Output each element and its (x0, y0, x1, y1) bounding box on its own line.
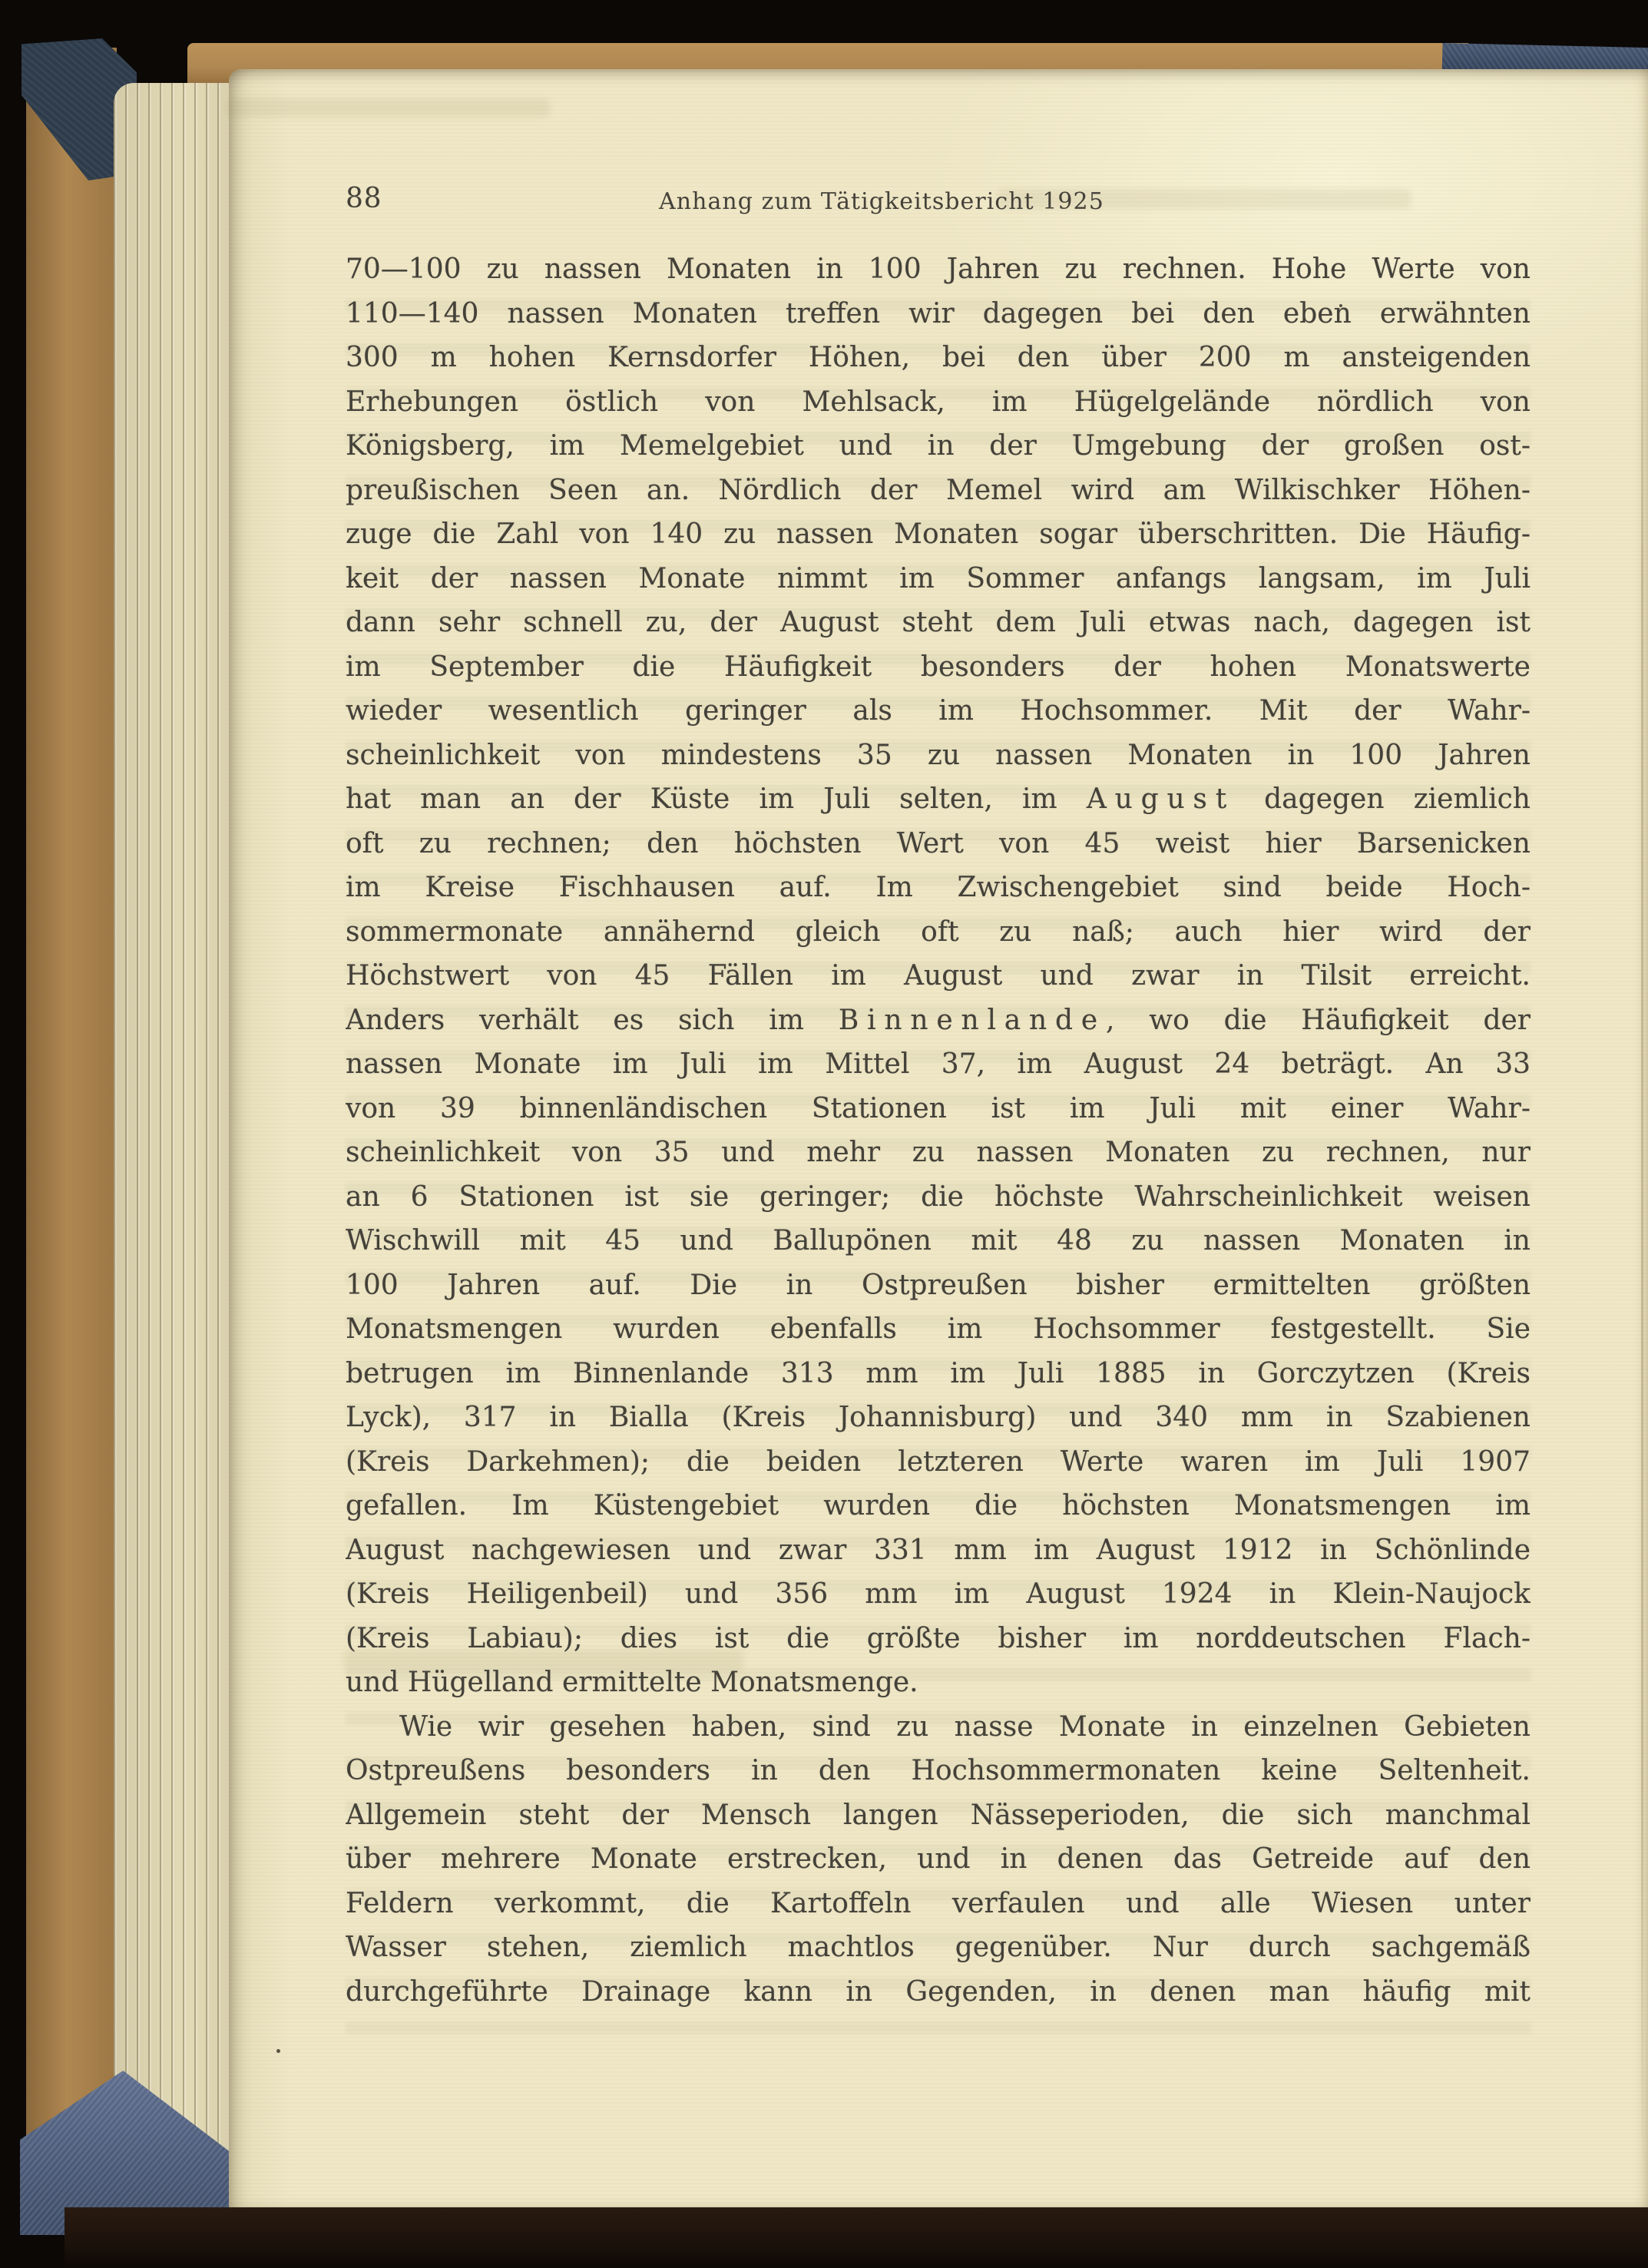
body-line: wieder wesentlich geringer als im Hochso… (346, 689, 1531, 733)
book-bottom-edge (65, 2207, 1648, 2268)
body-line: Wasser stehen, ziemlich machtlos gegenüb… (346, 1925, 1531, 1970)
body-line: durchgeführte Drainage kann in Gegenden,… (346, 1970, 1531, 2015)
body-line: scheinlichkeit von 35 und mehr zu nassen… (346, 1131, 1531, 1175)
body-line: (Kreis Labiau); dies ist die größte bish… (346, 1617, 1531, 1661)
body-line: Höchstwert von 45 Fällen im August und z… (346, 954, 1531, 998)
body-line: 100 Jahren auf. Die in Ostpreußen bisher… (346, 1263, 1531, 1308)
body-line: Königsberg, im Memelgebiet und in der Um… (346, 424, 1531, 468)
body-line: keit der nassen Monate nimmt im Sommer a… (346, 557, 1531, 601)
book-board-left-edge (26, 48, 117, 2212)
book-scan: 88 Anhang zum Tätigkeitsbericht 1925 70—… (0, 0, 1648, 2268)
body-line: im Kreise Fischhausen auf. Im Zwischenge… (346, 866, 1531, 910)
body-line: August nachgewiesen und zwar 331 mm im A… (346, 1528, 1531, 1573)
body-line: Wischwill mit 45 und Ballupönen mit 48 z… (346, 1219, 1531, 1263)
body-line: Ostpreußens besonders in den Hochsommerm… (346, 1749, 1531, 1793)
body-line: scheinlichkeit von mindestens 35 zu nass… (346, 733, 1531, 778)
body-line: im September die Häufigkeit besonders de… (346, 645, 1531, 690)
body-line: hat man an der Küste im Juli selten, im … (346, 777, 1531, 822)
body-line: betrugen im Binnenlande 313 mm im Juli 1… (346, 1352, 1531, 1396)
body-line: preußischen Seen an. Nördlich der Memel … (346, 468, 1531, 513)
body-line: oft zu rechnen; den höchsten Wert von 45… (346, 822, 1531, 866)
body-line: Allgemein steht der Mensch langen Nässep… (346, 1793, 1531, 1838)
ink-smudge-artifact (227, 98, 550, 117)
body-lines: 70—100 zu nassen Monaten in 100 Jahren z… (346, 247, 1531, 2014)
page-number: 88 (346, 183, 382, 214)
body-line: Feldern verkommt, die Kartoffeln verfaul… (346, 1882, 1531, 1926)
body-line: Wie wir gesehen haben, sind zu nasse Mon… (346, 1705, 1531, 1750)
body-line: gefallen. Im Küstengebiet wurden die höc… (346, 1484, 1531, 1528)
body-line: sommermonate annähernd gleich oft zu naß… (346, 910, 1531, 955)
body-line: Monatsmengen wurden ebenfalls im Hochsom… (346, 1307, 1531, 1352)
body-line: zuge die Zahl von 140 zu nassen Monaten … (346, 512, 1531, 557)
body-line: und Hügelland ermittelte Monatsmenge. (346, 1660, 1531, 1705)
body-line: über mehrere Monate erstrecken, und in d… (346, 1837, 1531, 1882)
body-line: von 39 binnenländischen Stationen ist im… (346, 1087, 1531, 1131)
body-line: 70—100 zu nassen Monaten in 100 Jahren z… (346, 247, 1531, 292)
body-line: nassen Monate im Juli im Mittel 37, im A… (346, 1042, 1531, 1087)
body-line: (Kreis Darkehmen); die beiden letzteren … (346, 1440, 1531, 1485)
book-page: 88 Anhang zum Tätigkeitsbericht 1925 70—… (229, 69, 1648, 2207)
body-line: 300 m hohen Kernsdorfer Höhen, bei den ü… (346, 336, 1531, 380)
paper-speck (276, 2049, 280, 2053)
body-line: dann sehr schnell zu, der August steht d… (346, 601, 1531, 645)
body-line: 110—140 nassen Monaten treffen wir dageg… (346, 292, 1531, 336)
running-title: Anhang zum Tätigkeitsbericht 1925 (659, 188, 1104, 215)
page-header: 88 Anhang zum Tätigkeitsbericht 1925 (346, 183, 1531, 232)
body-line: Anders verhält es sich im Binnenlande, w… (346, 998, 1531, 1043)
body-line: (Kreis Heiligenbeil) und 356 mm im Augus… (346, 1572, 1531, 1617)
body-line: an 6 Stationen ist sie geringer; die höc… (346, 1175, 1531, 1220)
body-line: Erhebungen östlich von Mehlsack, im Hüge… (346, 380, 1531, 425)
page-edge-stack (114, 83, 233, 2233)
body-line: Lyck), 317 in Bialla (Kreis Johannisburg… (346, 1396, 1531, 1440)
